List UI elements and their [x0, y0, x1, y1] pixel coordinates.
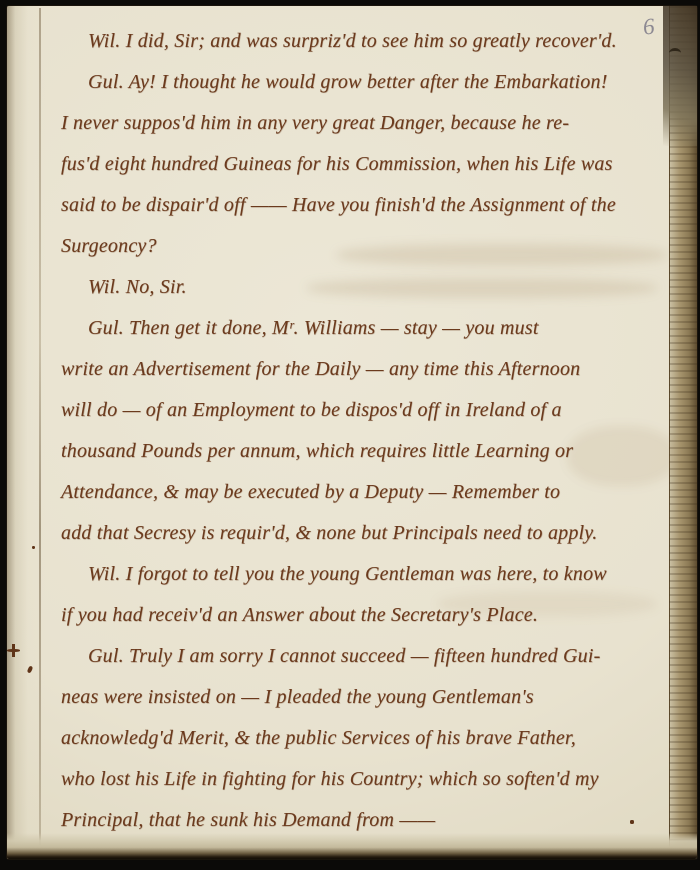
- manuscript-page: 6 Wil. I did, Sir; and was surpriz'd to …: [7, 6, 697, 859]
- stray-ink-mark: [32, 546, 35, 549]
- stray-ink-mark: [7, 649, 20, 652]
- manuscript-line: Principal, that he sunk his Demand from …: [61, 800, 661, 841]
- manuscript-line: Gul. Truly I am sorry I cannot succeed —…: [61, 636, 661, 677]
- manuscript-line: write an Advertisement for the Daily — a…: [61, 349, 661, 390]
- manuscript-line: if you had receiv'd an Answer about the …: [61, 595, 661, 636]
- manuscript-text: Wil. I did, Sir; and was surpriz'd to se…: [61, 21, 661, 841]
- manuscript-line: will do — of an Employment to be dispos'…: [61, 390, 661, 431]
- manuscript-line: Wil. I did, Sir; and was surpriz'd to se…: [61, 21, 661, 62]
- photo-frame: 6 Wil. I did, Sir; and was surpriz'd to …: [0, 0, 700, 870]
- manuscript-line: fus'd eight hundred Guineas for his Comm…: [61, 144, 661, 185]
- manuscript-line: Wil. I forgot to tell you the young Gent…: [61, 554, 661, 595]
- manuscript-line: Attendance, & may be executed by a Deput…: [61, 472, 661, 513]
- book-fore-edge-top: [663, 6, 697, 146]
- manuscript-line: add that Secresy is requir'd, & none but…: [61, 513, 661, 554]
- manuscript-line: Wil. No, Sir.: [61, 267, 661, 308]
- manuscript-line: said to be dispair'd off —— Have you fin…: [61, 185, 661, 226]
- manuscript-line: neas were insisted on — I pleaded the yo…: [61, 677, 661, 718]
- manuscript-line: acknowledg'd Merit, & the public Service…: [61, 718, 661, 759]
- manuscript-line: Surgeoncy?: [61, 226, 661, 267]
- manuscript-line: who lost his Life in fighting for his Co…: [61, 759, 661, 800]
- manuscript-line: Gul. Then get it done, Mʳ. Williams — st…: [61, 308, 661, 349]
- manuscript-line: thousand Pounds per annum, which require…: [61, 431, 661, 472]
- page-curl-mark: [669, 48, 681, 58]
- binding-crease: [39, 8, 41, 845]
- manuscript-line: Gul. Ay! I thought he would grow better …: [61, 62, 661, 103]
- manuscript-line: I never suppos'd him in any very great D…: [61, 103, 661, 144]
